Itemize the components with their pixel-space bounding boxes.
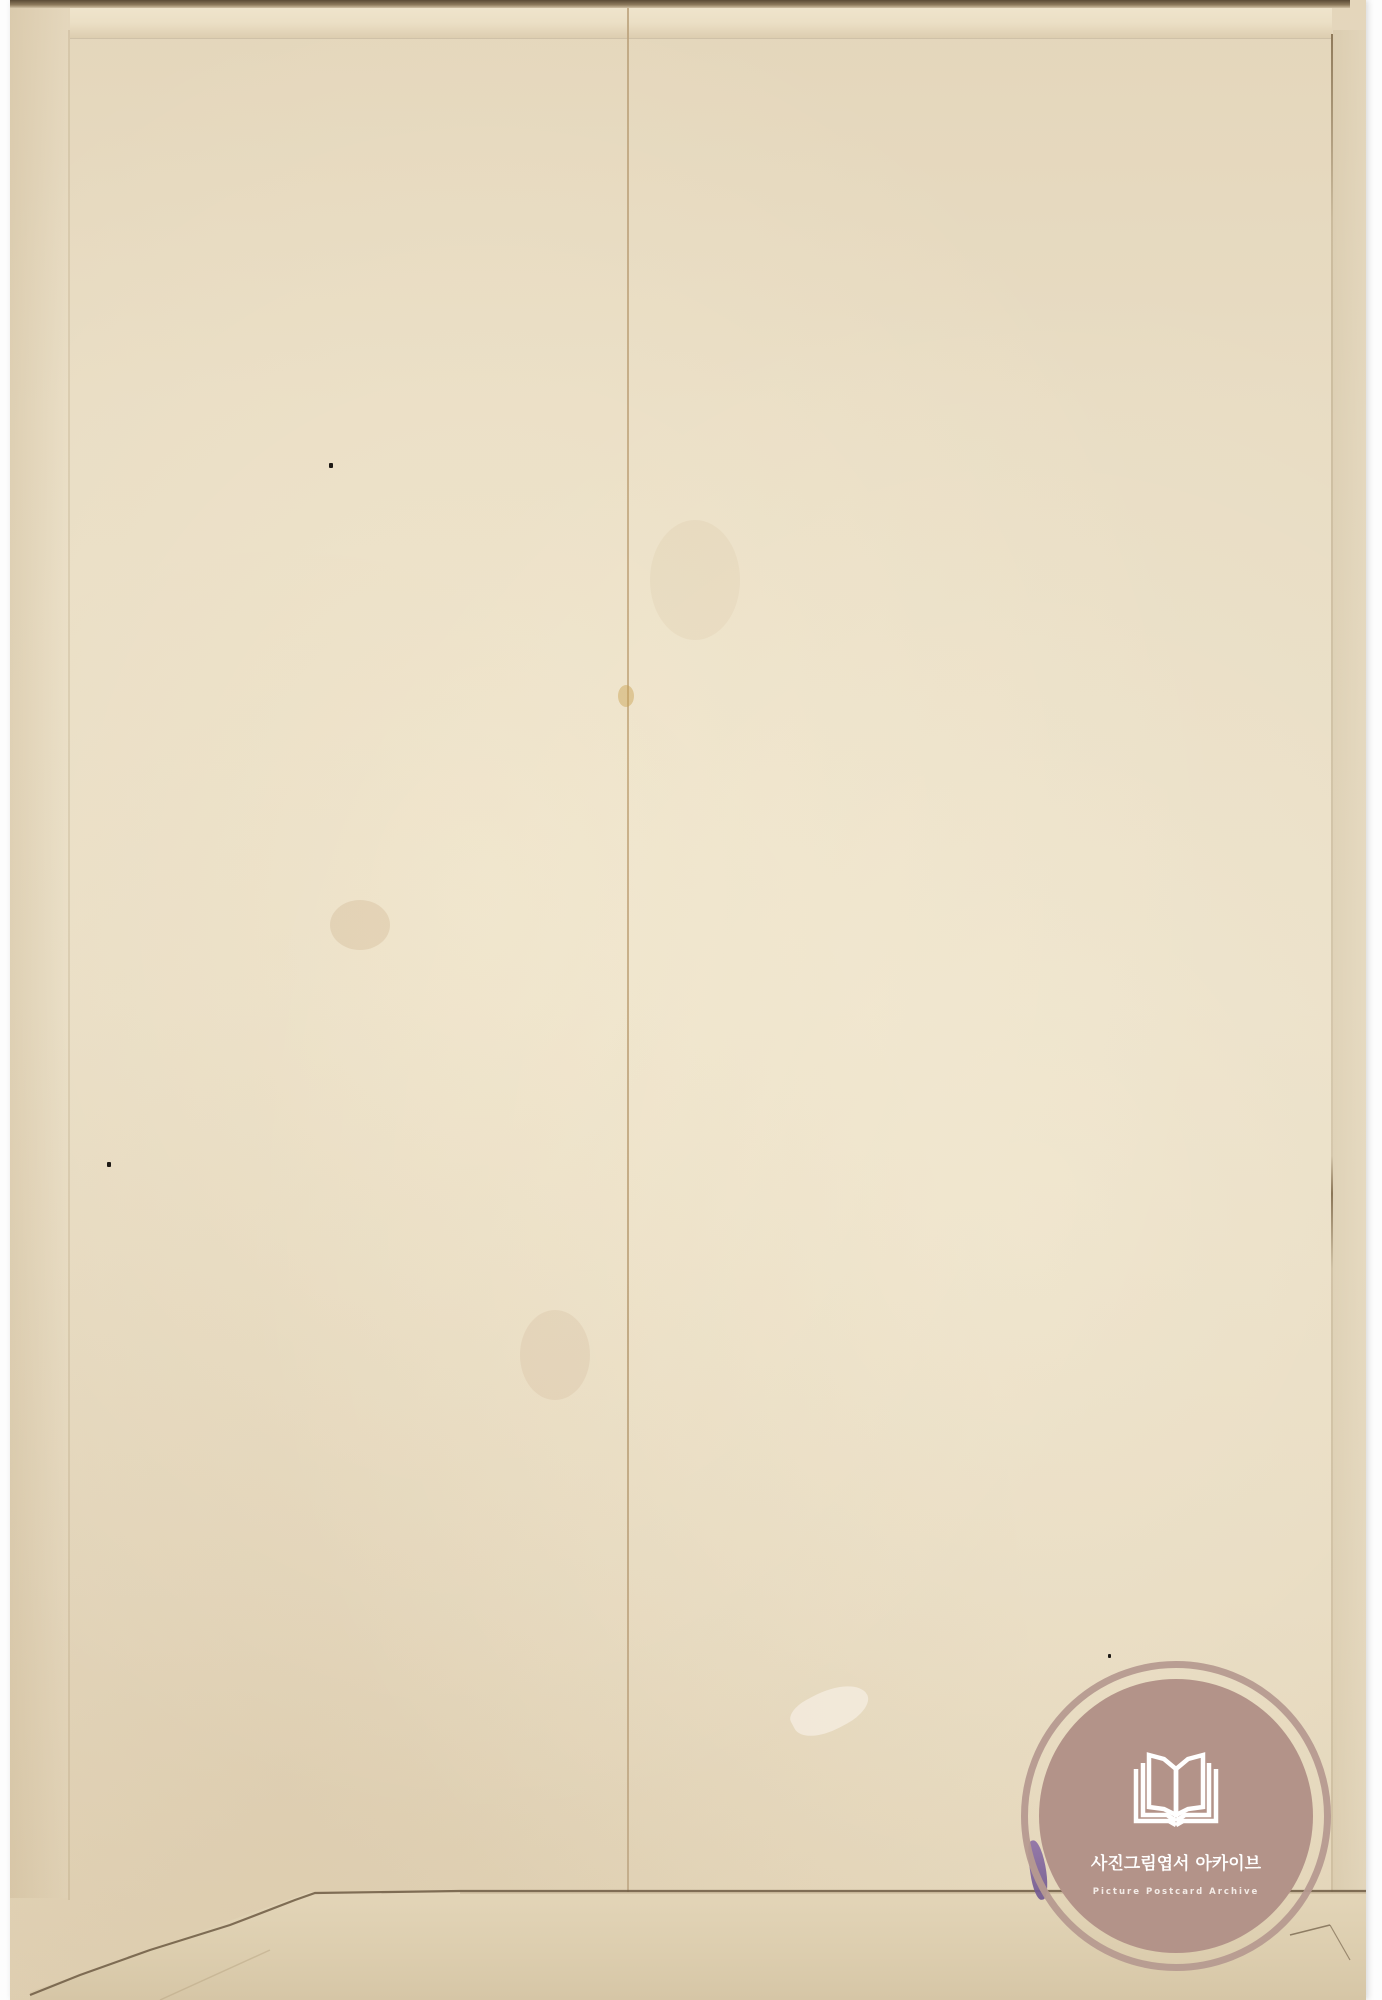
left-fold-line bbox=[68, 30, 70, 1900]
watermark-subtitle: Picture Postcard Archive bbox=[1021, 1887, 1331, 1897]
speck-2 bbox=[107, 1162, 111, 1167]
top-flap-band bbox=[70, 8, 1332, 39]
archive-watermark: 사진그림엽서 아카이브 Picture Postcard Archive bbox=[1021, 1661, 1331, 1971]
right-side-flap bbox=[1333, 30, 1366, 1960]
top-worn-edge bbox=[10, 0, 1350, 8]
right-fold-line bbox=[1331, 34, 1333, 1904]
speck-3 bbox=[1108, 1654, 1111, 1658]
stain-seam-lower bbox=[520, 1310, 590, 1400]
center-seam bbox=[627, 8, 629, 1893]
open-book-icon bbox=[1131, 1749, 1221, 1829]
stain-left-middle bbox=[330, 900, 390, 950]
watermark-title: 사진그림엽서 아카이브 bbox=[1021, 1849, 1331, 1874]
left-side-flap bbox=[10, 8, 68, 1898]
stain-right-upper bbox=[650, 520, 740, 640]
speck-1 bbox=[329, 463, 333, 468]
scan-canvas: 사진그림엽서 아카이브 Picture Postcard Archive bbox=[0, 0, 1382, 2000]
seam-stain bbox=[618, 685, 634, 707]
